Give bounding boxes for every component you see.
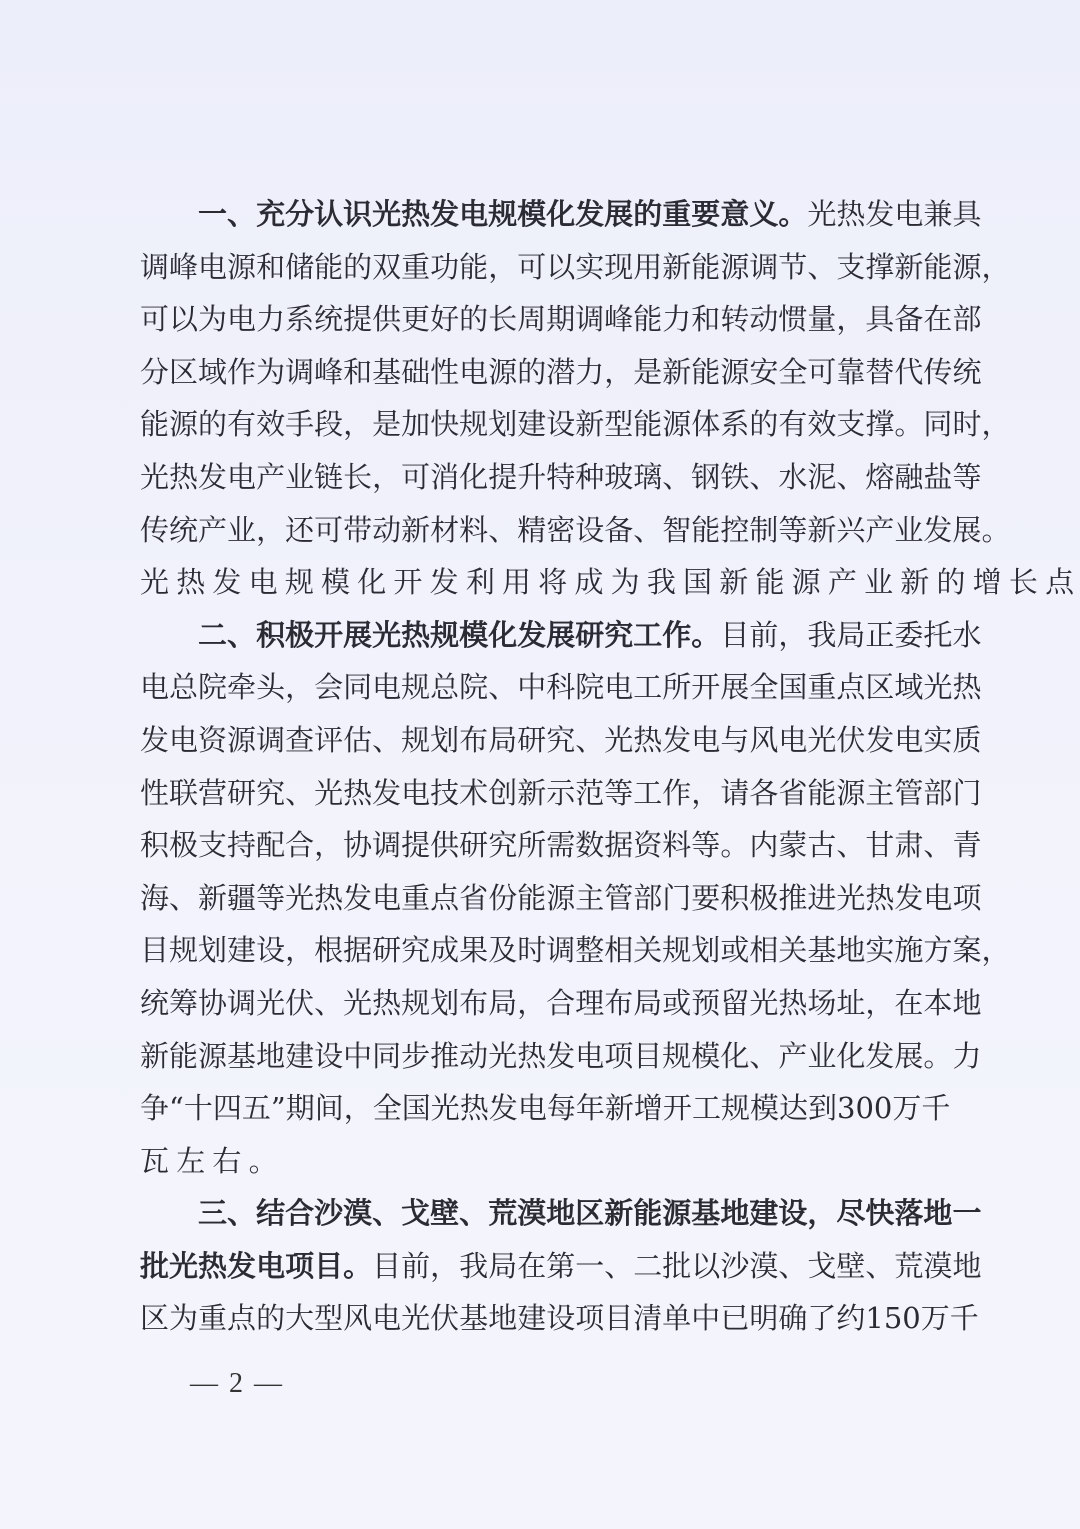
- text-line: 积极支持配合，协调提供研究所需数据资料等。内蒙古、甘肃、青: [140, 819, 946, 872]
- document-body: 一、充分认识光热发电规模化发展的重要意义。光热发电兼具 调峰电源和储能的双重功能…: [140, 188, 946, 1345]
- text-line: 分区域作为调峰和基础性电源的潜力，是新能源安全可靠替代传统: [140, 346, 946, 399]
- paragraph-section-3: 三、结合沙漠、戈壁、荒漠地区新能源基地建设，尽快落地一 批光热发电项目。目前，我…: [140, 1187, 946, 1345]
- text-line: 传统产业，还可带动新材料、精密设备、智能控制等新兴产业发展。: [140, 504, 946, 557]
- text-line: 一、充分认识光热发电规模化发展的重要意义。光热发电兼具: [140, 188, 946, 241]
- text-line: 电总院牵头，会同电规总院、中科院电工所开展全国重点区域光热: [140, 661, 946, 714]
- text-line: 二、积极开展光热规模化发展研究工作。目前，我局正委托水: [140, 609, 946, 662]
- text-line: 瓦左右。: [140, 1135, 946, 1188]
- text-line: 目规划建设，根据研究成果及时调整相关规划或相关基地实施方案，: [140, 924, 946, 977]
- text-line: 能源的有效手段，是加快规划建设新型能源体系的有效支撑。同时，: [140, 398, 946, 451]
- text-line: 可以为电力系统提供更好的长周期调峰能力和转动惯量，具备在部: [140, 293, 946, 346]
- text-line: 争“十四五”期间，全国光热发电每年新增开工规模达到300万千: [140, 1082, 946, 1135]
- text-line: 三、结合沙漠、戈壁、荒漠地区新能源基地建设，尽快落地一: [140, 1187, 946, 1240]
- text-line: 海、新疆等光热发电重点省份能源主管部门要积极推进光热发电项: [140, 872, 946, 925]
- text-line: 区为重点的大型风电光伏基地建设项目清单中已明确了约150万千: [140, 1292, 946, 1345]
- text-line: 统筹协调光伏、光热规划布局，合理布局或预留光热场址，在本地: [140, 977, 946, 1030]
- text-line: 调峰电源和储能的双重功能，可以实现用新能源调节、支撑新能源，: [140, 241, 946, 294]
- text-line: 性联营研究、光热发电技术创新示范等工作，请各省能源主管部门: [140, 767, 946, 820]
- text-line: 新能源基地建设中同步推动光热发电项目规模化、产业化发展。力: [140, 1030, 946, 1083]
- text-line: 发电资源调查评估、规划布局研究、光热发电与风电光伏发电实质: [140, 714, 946, 767]
- page-number: — 2 —: [190, 1368, 284, 1400]
- text-line: 批光热发电项目。目前，我局在第一、二批以沙漠、戈壁、荒漠地: [140, 1240, 946, 1293]
- paragraph-section-1: 一、充分认识光热发电规模化发展的重要意义。光热发电兼具 调峰电源和储能的双重功能…: [140, 188, 946, 609]
- text-line: 光热发电规模化开发利用将成为我国新能源产业新的增长点。: [140, 556, 946, 609]
- text-line: 光热发电产业链长，可消化提升特种玻璃、钢铁、水泥、熔融盐等: [140, 451, 946, 504]
- paragraph-section-2: 二、积极开展光热规模化发展研究工作。目前，我局正委托水 电总院牵头，会同电规总院…: [140, 609, 946, 1188]
